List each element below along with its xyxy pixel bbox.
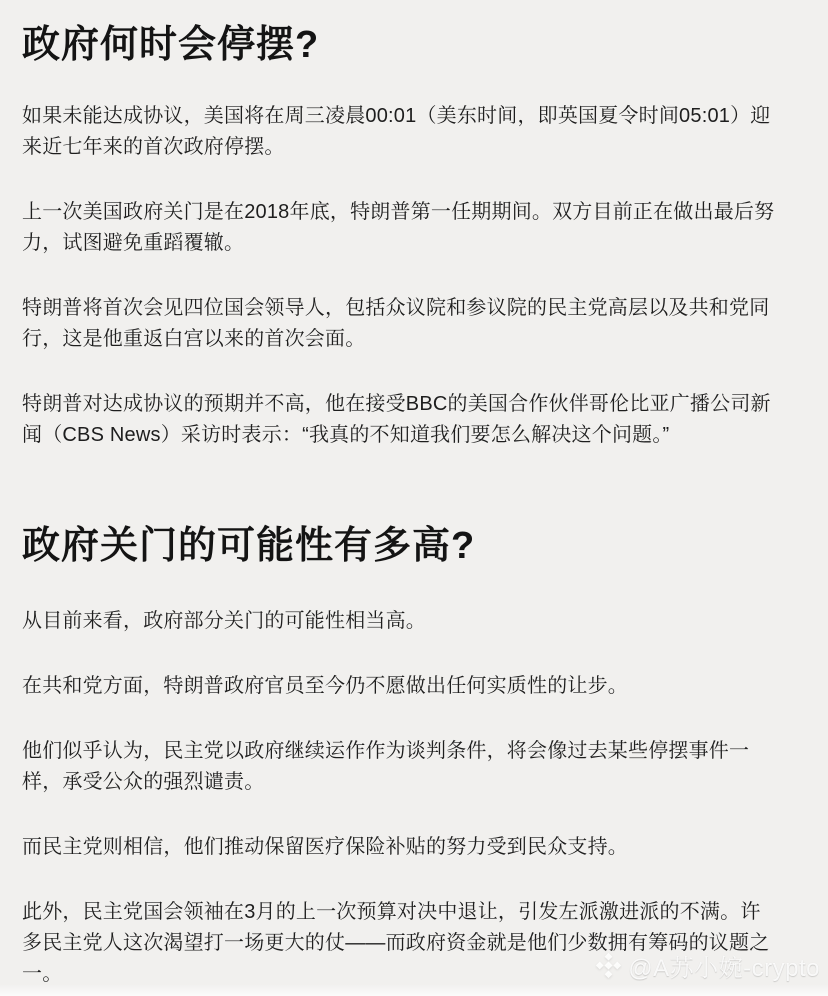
section-heading: 政府何时会停摆? [22,22,778,68]
section-shutdown-likelihood: 政府关门的可能性有多高? 从目前来看，政府部分关门的可能性相当高。 在共和党方面… [22,523,778,990]
section-heading: 政府关门的可能性有多高? [22,523,778,569]
paragraph: 他们似乎认为，民主党以政府继续运作作为谈判条件，将会像过去某些停摆事件一样，承受… [22,736,778,798]
article-screenshot: 政府何时会停摆? 如果未能达成协议，美国将在周三凌晨00:01（美东时间，即英国… [0,0,828,996]
paragraph: 特朗普对达成协议的预期并不高，他在接受BBC的美国合作伙伴哥伦比亚广播公司新闻（… [22,389,778,451]
paragraph: 特朗普将首次会见四位国会领导人，包括众议院和参议院的民主党高层以及共和党同行，这… [22,293,778,355]
paragraph: 而民主党则相信，他们推动保留医疗保险补贴的努力受到民众支持。 [22,832,778,863]
paragraph: 从目前来看，政府部分关门的可能性相当高。 [22,606,778,637]
paragraph: 如果未能达成协议，美国将在周三凌晨00:01（美东时间，即英国夏令时间05:01… [22,101,778,163]
paragraph: 此外，民主党国会领袖在3月的上一次预算对决中退让，引发左派激进派的不满。许多民主… [22,897,778,990]
section-when-shutdown: 政府何时会停摆? 如果未能达成协议，美国将在周三凌晨00:01（美东时间，即英国… [22,22,778,451]
paragraph: 上一次美国政府关门是在2018年底，特朗普第一任期期间。双方目前正在做出最后努力… [22,197,778,259]
article: 政府何时会停摆? 如果未能达成协议，美国将在周三凌晨00:01（美东时间，即英国… [0,22,828,990]
paragraph: 在共和党方面，特朗普政府官员至今仍不愿做出任何实质性的让步。 [22,671,778,702]
